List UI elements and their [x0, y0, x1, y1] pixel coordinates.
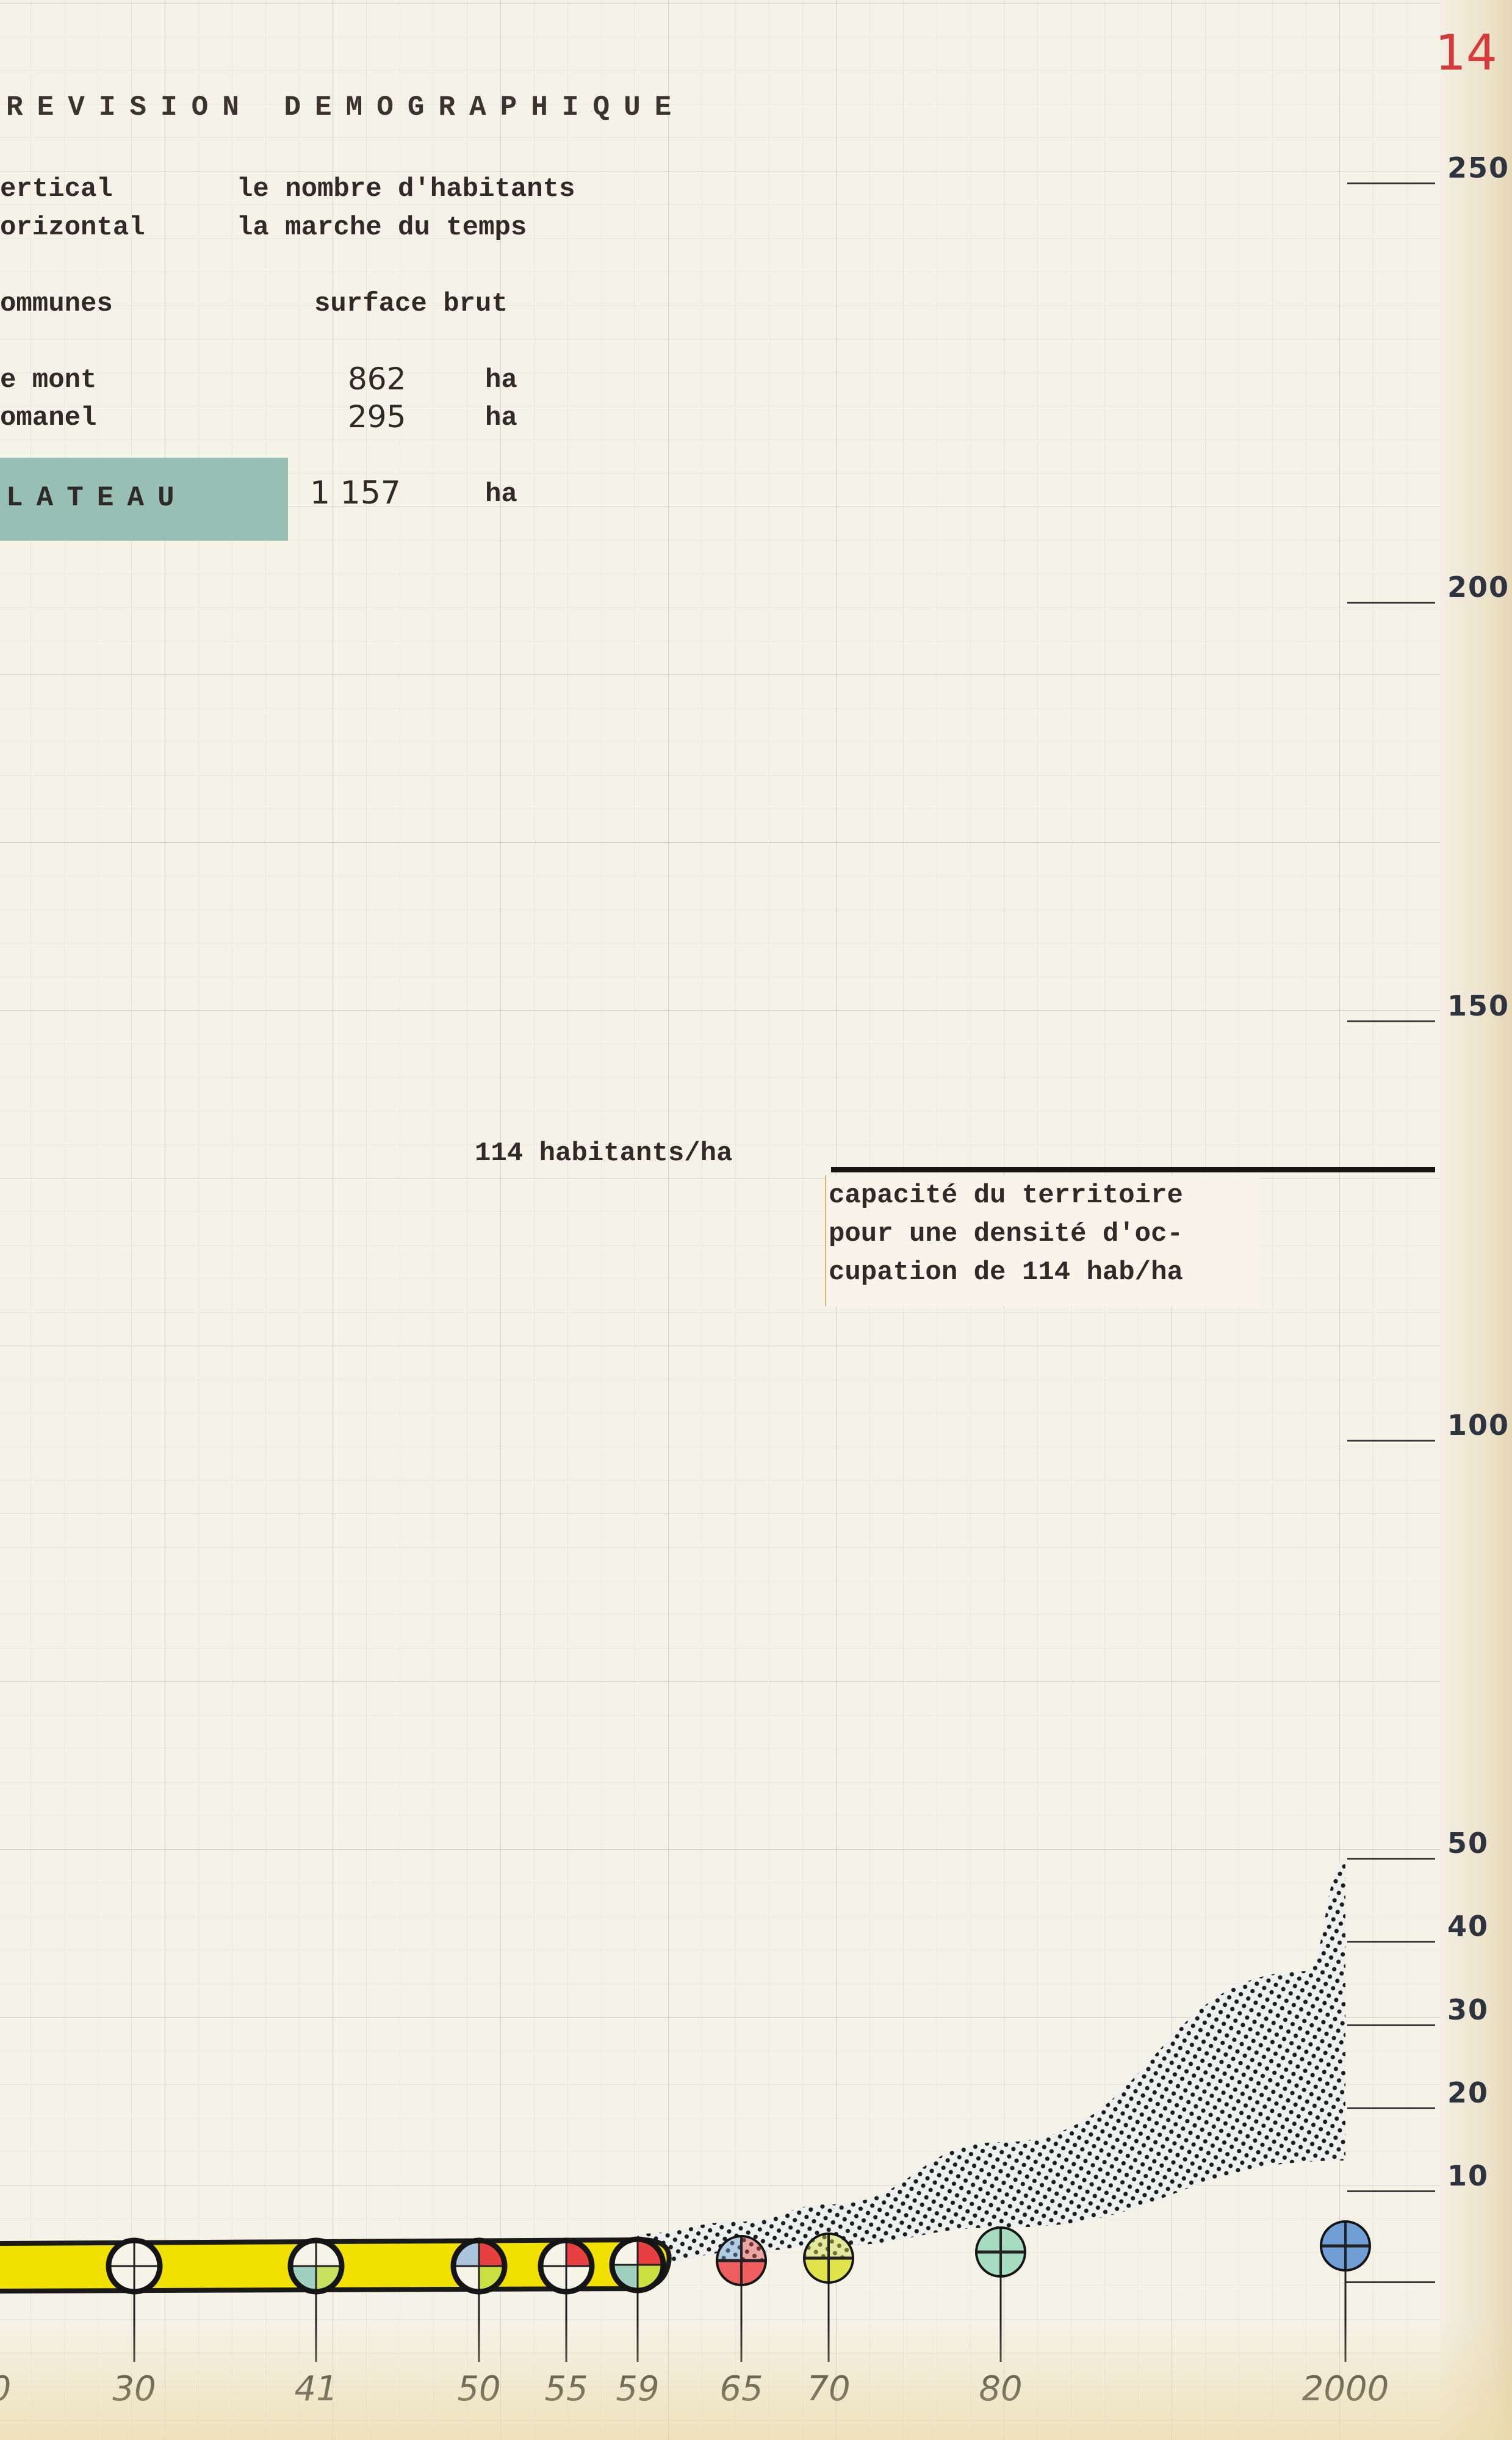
year-marker-2000 [1321, 2222, 1370, 2270]
year-marker-55 [541, 2240, 592, 2292]
year-marker-59 [612, 2239, 663, 2290]
year-marker-65 [717, 2236, 766, 2285]
year-marker-50 [453, 2240, 505, 2292]
year-marker-30 [109, 2240, 160, 2292]
population-chart [0, 0, 1512, 2440]
year-marker-70 [804, 2234, 853, 2283]
projection-band [638, 1858, 1345, 2265]
year-marker-41 [290, 2240, 342, 2292]
year-marker-80 [976, 2228, 1025, 2276]
paper-aging [0, 2319, 1512, 2440]
